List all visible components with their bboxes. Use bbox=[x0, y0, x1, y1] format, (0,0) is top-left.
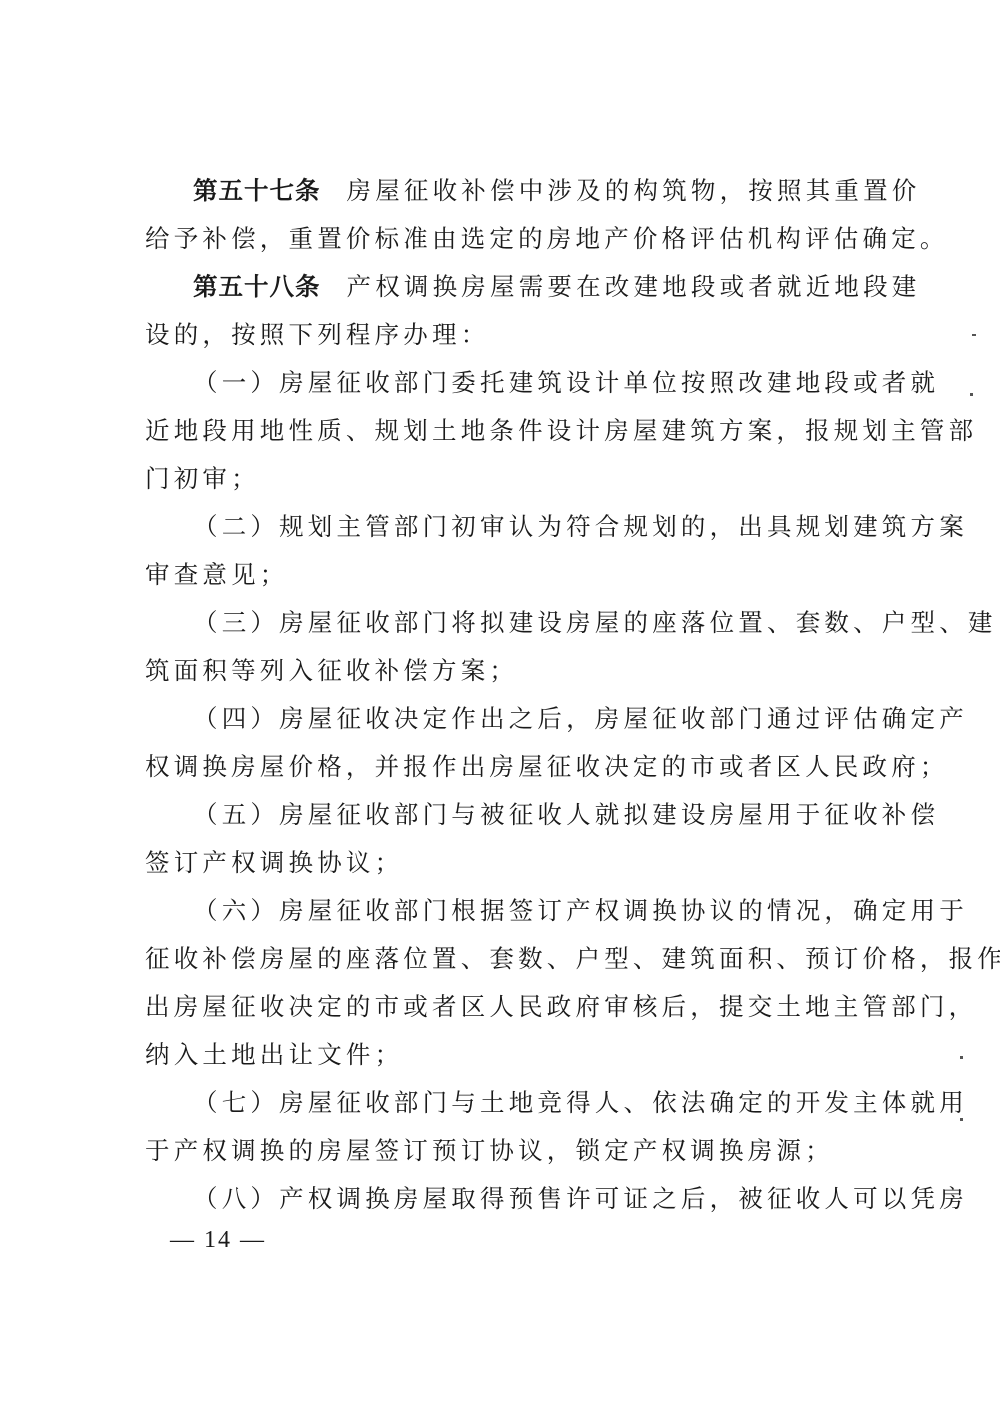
item-4-line-2: 权调换房屋价格，并报作出房屋征收决定的市或者区人民政府； bbox=[145, 752, 857, 782]
item-7-line-2: 于产权调换的房屋签订预订协议，锁定产权调换房源； bbox=[145, 1136, 857, 1166]
item-8-line-1: （八）产权调换房屋取得预售许可证之后，被征收人可以凭房 bbox=[193, 1184, 857, 1214]
item-2-line-1: （二）规划主管部门初审认为符合规划的，出具规划建筑方案 bbox=[193, 512, 857, 542]
article-57-text: 房屋征收补偿中涉及的构筑物，按照其重置价 bbox=[347, 176, 921, 205]
article-58-line-2: 设的，按照下列程序办理： bbox=[145, 320, 857, 350]
item-4-line-1: （四）房屋征收决定作出之后，房屋征收部门通过评估确定产 bbox=[193, 704, 857, 734]
item-6-line-3: 出房屋征收决定的市或者区人民政府审核后，提交土地主管部门， bbox=[145, 992, 857, 1022]
article-58-line-1: 第五十八条产权调换房屋需要在改建地段或者就近地段建 bbox=[193, 272, 857, 302]
item-5-line-2: 签订产权调换协议； bbox=[145, 848, 857, 878]
item-1-line-3: 门初审； bbox=[145, 464, 857, 494]
item-7-line-1: （七）房屋征收部门与土地竞得人、依法确定的开发主体就用 bbox=[193, 1088, 857, 1118]
item-1-line-1: （一）房屋征收部门委托建筑设计单位按照改建地段或者就 bbox=[193, 368, 857, 398]
page-number: — 14 — bbox=[170, 1226, 266, 1254]
scan-mark bbox=[960, 1118, 963, 1121]
item-3-line-2: 筑面积等列入征收补偿方案； bbox=[145, 656, 857, 686]
document-page: 第五十七条房屋征收补偿中涉及的构筑物，按照其重置价 给予补偿，重置价标准由选定的… bbox=[0, 0, 1000, 1419]
item-6-line-2: 征收补偿房屋的座落位置、套数、户型、建筑面积、预订价格，报作 bbox=[145, 944, 857, 974]
article-58-heading: 第五十八条 bbox=[193, 272, 321, 301]
scan-mark bbox=[972, 334, 976, 336]
article-57-heading: 第五十七条 bbox=[193, 176, 321, 205]
item-1-line-2: 近地段用地性质、规划土地条件设计房屋建筑方案，报规划主管部 bbox=[145, 416, 857, 446]
article-57-line-2: 给予补偿，重置价标准由选定的房地产价格评估机构评估确定。 bbox=[145, 224, 857, 254]
item-5-line-1: （五）房屋征收部门与被征收人就拟建设房屋用于征收补偿 bbox=[193, 800, 857, 830]
article-58-text: 产权调换房屋需要在改建地段或者就近地段建 bbox=[347, 272, 921, 301]
item-3-line-1: （三）房屋征收部门将拟建设房屋的座落位置、套数、户型、建 bbox=[193, 608, 857, 638]
item-2-line-2: 审查意见； bbox=[145, 560, 857, 590]
item-6-line-1: （六）房屋征收部门根据签订产权调换协议的情况，确定用于 bbox=[193, 896, 857, 926]
article-57-line-1: 第五十七条房屋征收补偿中涉及的构筑物，按照其重置价 bbox=[193, 176, 857, 206]
item-6-line-4: 纳入土地出让文件； bbox=[145, 1040, 857, 1070]
scan-mark bbox=[970, 393, 973, 396]
scan-mark bbox=[960, 1056, 963, 1059]
